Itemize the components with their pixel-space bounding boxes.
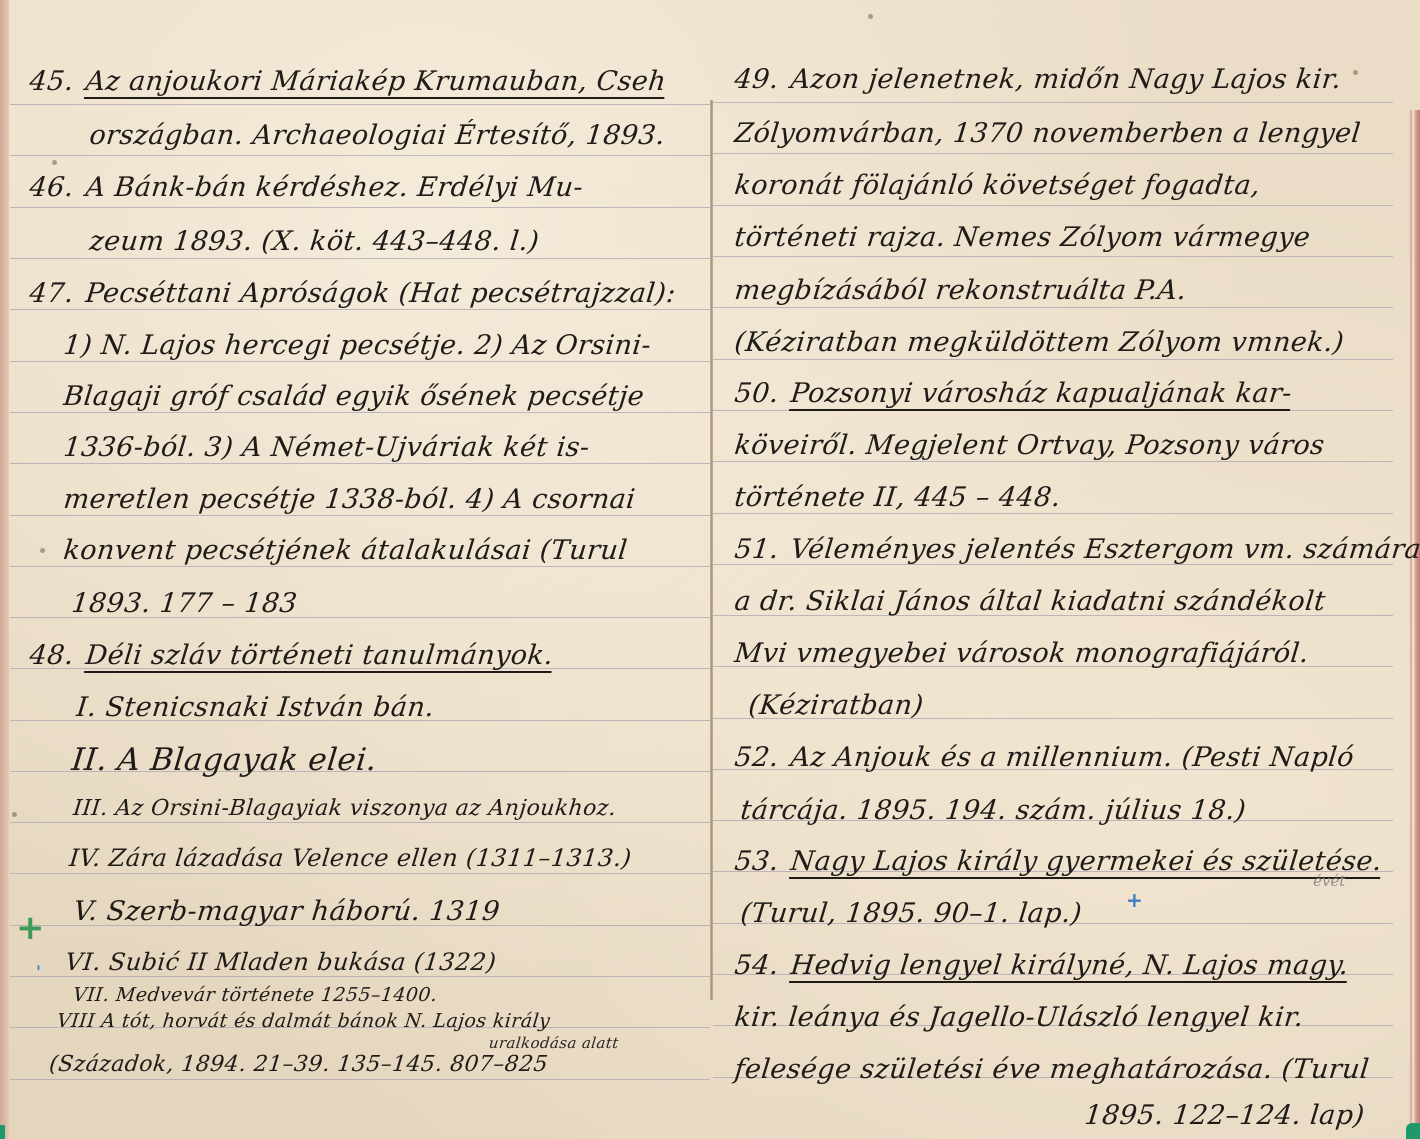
entry-text: Az Anjouk és a millennium. (Pesti Napló	[789, 742, 1355, 773]
entry-text: VIII A tót, horvát és dalmát bánok N. La…	[56, 1010, 551, 1032]
entry-48-sub-8: VIII A tót, horvát és dalmát bánok N. La…	[56, 1010, 551, 1032]
entry-text: Azon jelenetnek, midőn Nagy Lajos kir.	[789, 64, 1343, 95]
green-cross-mark: +	[16, 908, 45, 948]
entry-47-line-1: 47.Pecséttani Apróságok (Hat pecsétrajzz…	[28, 278, 677, 309]
entry-48-sub-1: I. Stenicsnaki István bán.	[75, 692, 436, 723]
entry-number: 53.	[733, 846, 780, 877]
entry-text: megbízásából rekonstruálta P.A.	[733, 275, 1188, 306]
entry-text: 1) N. Lajos hercegi pecsétje. 2) Az Orsi…	[62, 330, 653, 361]
entry-text: köveiről. Megjelent Ortvay, Pozsony váro…	[733, 430, 1326, 461]
entry-text: VII. Medvevár története 1255–1400.	[72, 984, 438, 1006]
entry-49-line-3: koronát fölajánló követséget fogadta,	[733, 170, 1262, 201]
entry-54-line-2: kir. leánya és Jagello-Ulászló lengyel k…	[733, 1002, 1305, 1033]
entry-text: 1895. 122–124. lap)	[1083, 1100, 1366, 1131]
entry-text: VI. Subić II Mladen bukása (1322)	[64, 948, 498, 976]
entry-text: Mvi vmegyebei városok monografiájáról.	[733, 638, 1310, 669]
entry-54-line-3: felesége születési éve meghatározása. (T…	[733, 1054, 1371, 1085]
entry-52-line-1: 52.Az Anjouk és a millennium. (Pesti Nap…	[733, 742, 1356, 773]
ink-speck	[52, 160, 57, 165]
entry-50-line-2: köveiről. Megjelent Ortvay, Pozsony váro…	[733, 430, 1326, 461]
entry-47-line-6: konvent pecsétjének átalakulásai (Turul	[62, 535, 629, 566]
ink-speck	[1353, 70, 1358, 75]
entry-48-line-1: 48.Déli szláv történeti tanulmányok.	[28, 640, 555, 671]
entry-text: V. Szerb-magyar háború. 1319	[72, 896, 501, 927]
entry-text: kir. leánya és Jagello-Ulászló lengyel k…	[733, 1002, 1305, 1033]
entry-text: uralkodása alatt	[488, 1034, 620, 1052]
entry-48-citation: (Századok, 1894. 21–39. 135–145. 807–825	[48, 1052, 549, 1077]
entry-46-line-2: zeum 1893. (X. köt. 443–448. l.)	[88, 226, 541, 257]
entry-number: 54.	[733, 950, 780, 981]
ink-speck	[868, 14, 873, 19]
entry-48-sub-2: II. A Blagayak elei.	[70, 742, 379, 778]
blue-cross-mark: +	[1126, 888, 1143, 912]
entry-48-sub-8-continuation: uralkodása alatt	[488, 1034, 620, 1052]
entry-number: 52.	[733, 742, 780, 773]
entry-text: IV. Zára lázadása Velence ellen (1311–13…	[68, 844, 633, 872]
entry-text: (Turul, 1895. 90–1. lap.)	[739, 898, 1084, 929]
entry-48-sub-6: VI. Subić II Mladen bukása (1322)	[64, 948, 498, 976]
entry-49-line-1: 49.Azon jelenetnek, midőn Nagy Lajos kir…	[733, 64, 1343, 95]
entry-text: II. A Blagayak elei.	[70, 742, 379, 778]
entry-53-line-2: (Turul, 1895. 90–1. lap.)	[739, 898, 1084, 929]
entry-51-line-2: a dr. Siklai János által kiadatni szándé…	[733, 586, 1327, 617]
entry-46-line-1: 46.A Bánk-bán kérdéshez. Erdélyi Mu-	[28, 172, 585, 203]
entry-text: koronát fölajánló követséget fogadta,	[733, 170, 1262, 201]
entry-text: (Századok, 1894. 21–39. 135–145. 807–825	[48, 1052, 549, 1077]
entry-text: 1893. 177 – 183	[70, 588, 299, 619]
entry-47-line-2: 1) N. Lajos hercegi pecsétje. 2) Az Orsi…	[62, 330, 653, 361]
entry-51-line-4: (Kéziratban)	[747, 690, 925, 721]
entry-text: A Bánk-bán kérdéshez. Erdélyi Mu-	[84, 172, 585, 203]
entry-text: Déli szláv történeti tanulmányok.	[84, 640, 555, 671]
ink-speck	[40, 548, 45, 553]
entry-48-sub-4: IV. Zára lázadása Velence ellen (1311–13…	[68, 844, 633, 872]
entry-54-line-1: 54.Hedvig lengyel királyné, N. Lajos mag…	[733, 950, 1350, 981]
entry-number: 50.	[733, 378, 780, 409]
entry-45-line-2: országban. Archaeologiai Értesítő, 1893.	[88, 120, 667, 151]
entry-text: a dr. Siklai János által kiadatni szándé…	[733, 586, 1327, 617]
entry-text: országban. Archaeologiai Értesítő, 1893.	[88, 120, 667, 151]
entry-number: 49.	[733, 64, 780, 95]
entry-text: zeum 1893. (X. köt. 443–448. l.)	[88, 226, 541, 257]
entry-text: Pozsonyi városház kapualjának kar-	[789, 378, 1293, 409]
entry-54-line-4: 1895. 122–124. lap)	[1083, 1100, 1366, 1131]
entry-text: I. Stenicsnaki István bán.	[75, 692, 436, 723]
ink-speck	[12, 812, 17, 817]
entry-50-line-3: története II, 445 – 448.	[733, 482, 1062, 513]
entry-53-line-1: 53.Nagy Lajos király gyermekei és szület…	[733, 846, 1384, 877]
entry-number: 46.	[28, 172, 75, 203]
entry-51-line-3: Mvi vmegyebei városok monografiájáról.	[733, 638, 1310, 669]
notebook-spread: 45.Az anjoukori Máriakép Krumauban, Cseh…	[0, 0, 1420, 1139]
entry-text: történeti rajza. Nemes Zólyom vármegye	[733, 222, 1312, 253]
pencil-note: évét	[1313, 872, 1345, 890]
entry-52-line-2: tárcája. 1895. 194. szám. július 18.)	[739, 795, 1248, 826]
entry-51-line-1: 51.Véleményes jelentés Esztergom vm. szá…	[733, 534, 1420, 565]
entry-text: Nagy Lajos király gyermekei és születése…	[789, 846, 1383, 877]
entry-text: (Kéziratban megküldöttem Zólyom vmnek.)	[733, 327, 1346, 358]
entry-45-line-1: 45.Az anjoukori Máriakép Krumauban, Cseh	[28, 66, 668, 97]
entry-text: konvent pecsétjének átalakulásai (Turul	[62, 535, 629, 566]
entry-text: III. Az Orsini-Blagayiak viszonya az Anj…	[72, 796, 618, 821]
entry-49-line-2: Zólyomvárban, 1370 novemberben a lengyel	[733, 118, 1362, 149]
entry-text: Az anjoukori Máriakép Krumauban, Cseh	[84, 66, 668, 97]
entry-text: tárcája. 1895. 194. szám. július 18.)	[739, 795, 1248, 826]
entry-text: Hedvig lengyel királyné, N. Lajos magy.	[789, 950, 1350, 981]
entry-text: Véleményes jelentés Esztergom vm. számár…	[789, 534, 1420, 565]
entry-number: 51.	[733, 534, 780, 565]
entry-49-line-6: (Kéziratban megküldöttem Zólyom vmnek.)	[733, 327, 1346, 358]
entry-49-line-4: történeti rajza. Nemes Zólyom vármegye	[733, 222, 1312, 253]
entry-text: (Kéziratban)	[747, 690, 925, 721]
entry-text: Zólyomvárban, 1370 novemberben a lengyel	[733, 118, 1362, 149]
entry-text: Blagaji gróf család egyik ősének pecsétj…	[62, 381, 646, 412]
entry-number: 45.	[28, 66, 75, 97]
entry-47-line-7: 1893. 177 – 183	[70, 588, 299, 619]
entry-number: 47.	[28, 278, 75, 309]
entry-text: története II, 445 – 448.	[733, 482, 1062, 513]
entry-text: Pecséttani Apróságok (Hat pecsétrajzzal)…	[84, 278, 677, 309]
blue-tick-mark: '	[36, 962, 41, 981]
entry-48-sub-5: V. Szerb-magyar háború. 1319	[72, 896, 501, 927]
entry-49-line-5: megbízásából rekonstruálta P.A.	[733, 275, 1188, 306]
entry-text: meretlen pecsétje 1338-ból. 4) A csornai	[62, 484, 637, 515]
entry-47-line-5: meretlen pecsétje 1338-ból. 4) A csornai	[62, 484, 637, 515]
entry-50-line-1: 50.Pozsonyi városház kapualjának kar-	[733, 378, 1293, 409]
entry-number: 48.	[28, 640, 75, 671]
entry-47-line-4: 1336-ból. 3) A Német-Ujváriak két is-	[62, 432, 591, 463]
entry-47-line-3: Blagaji gróf család egyik ősének pecsétj…	[62, 381, 646, 412]
right-page: 49.Azon jelenetnek, midőn Nagy Lajos kir…	[713, 0, 1420, 1139]
entry-text: felesége születési éve meghatározása. (T…	[733, 1054, 1371, 1085]
left-page: 45.Az anjoukori Máriakép Krumauban, Cseh…	[0, 0, 710, 1139]
entry-text: 1336-ból. 3) A Német-Ujváriak két is-	[62, 432, 591, 463]
entry-48-sub-7: VII. Medvevár története 1255–1400.	[72, 984, 438, 1006]
entry-48-sub-3: III. Az Orsini-Blagayiak viszonya az Anj…	[72, 796, 618, 821]
